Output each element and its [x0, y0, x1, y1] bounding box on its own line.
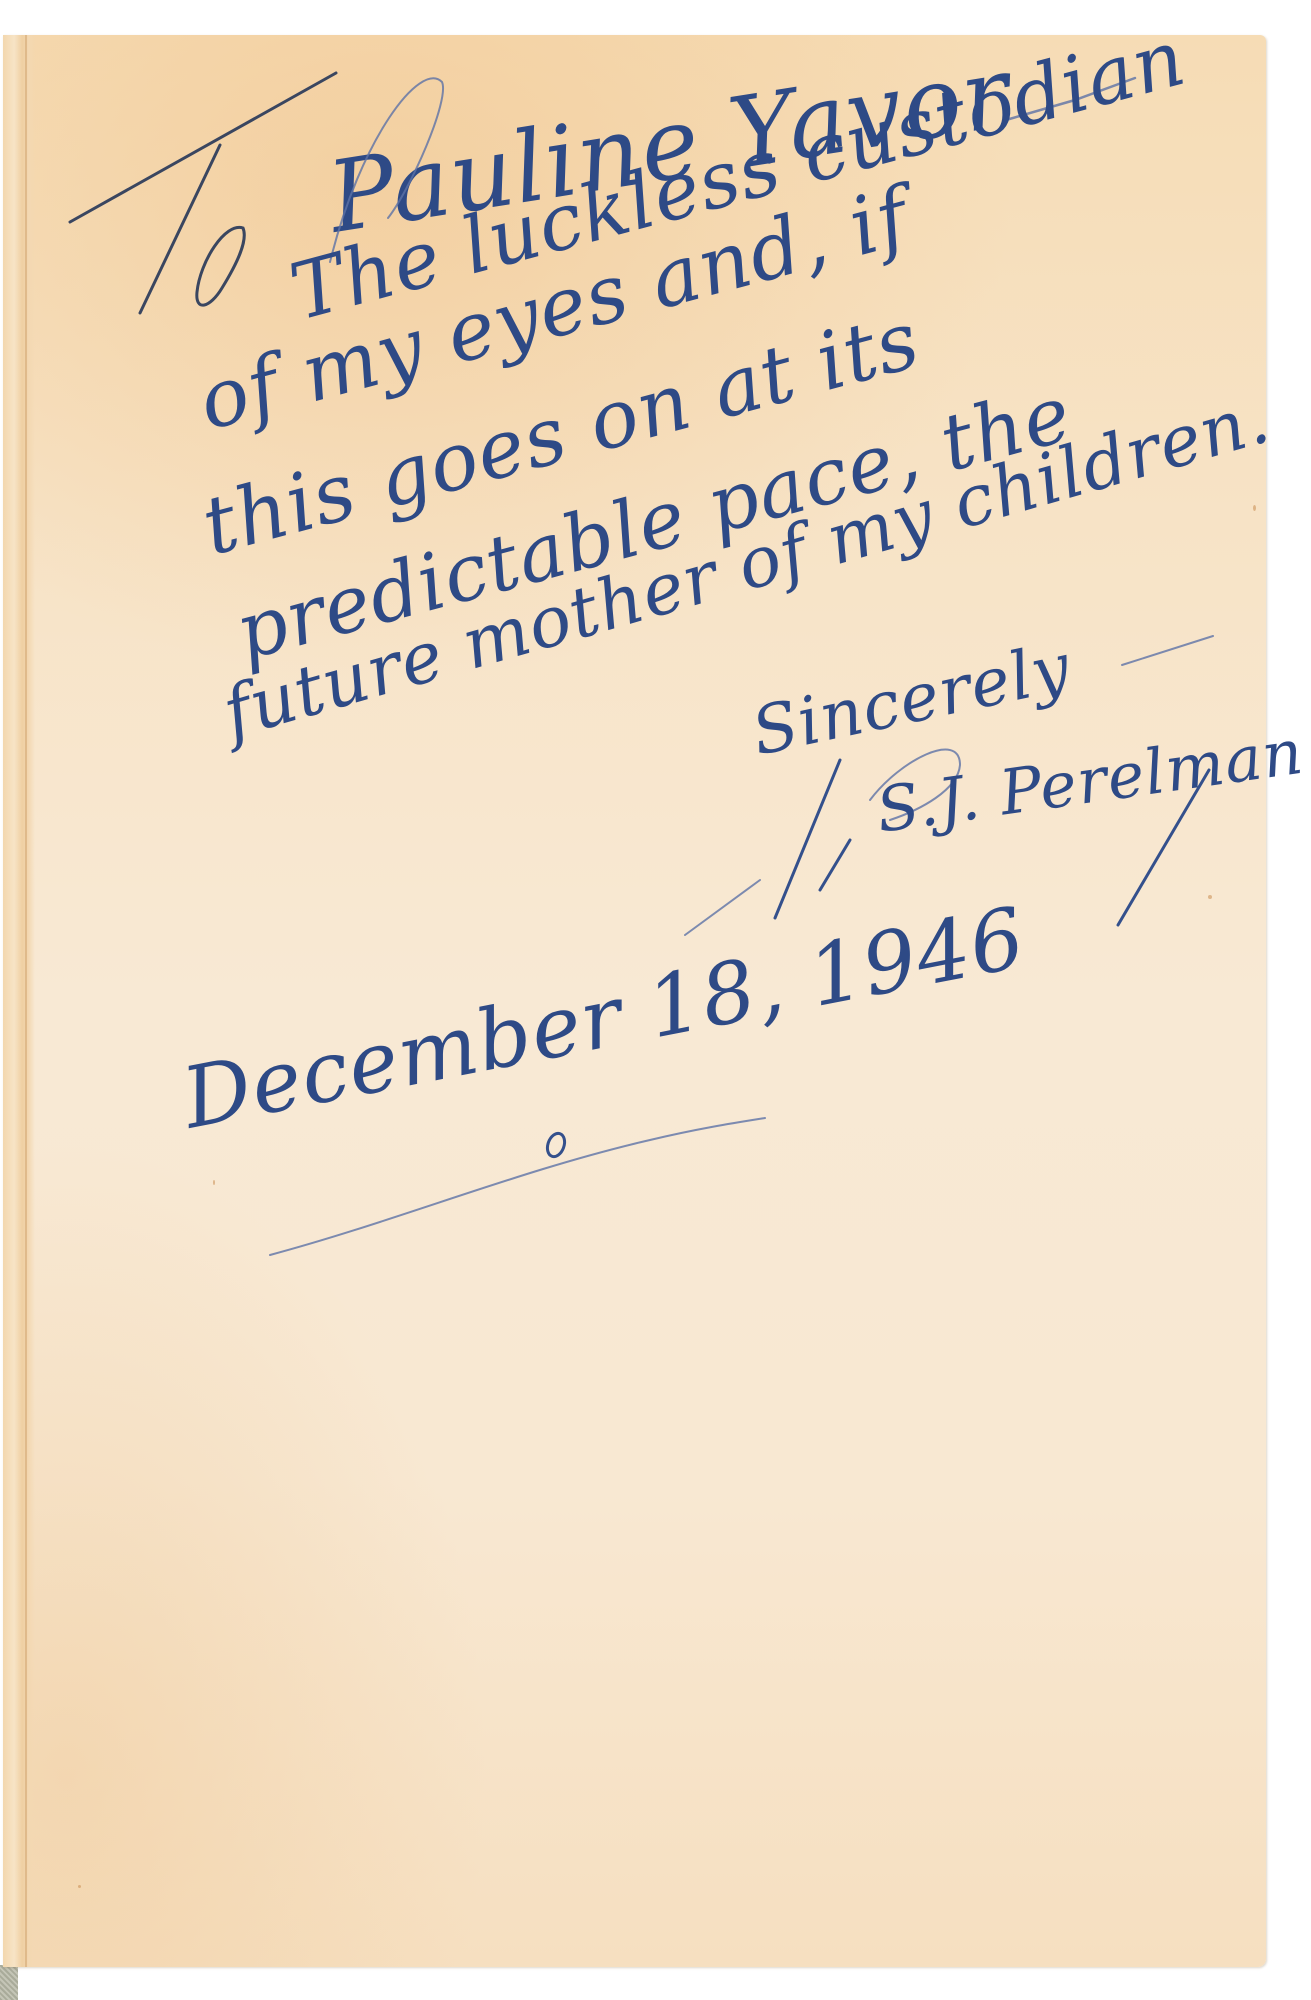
- signature-underline-flourish: [685, 880, 760, 935]
- signature-j-stroke: [820, 840, 850, 890]
- t-crossbar-stroke: [70, 73, 336, 222]
- t-stem-stroke: [140, 145, 220, 313]
- o-stroke: [197, 227, 244, 305]
- date-underline-o-mark: [544, 1131, 567, 1159]
- inscription-date: December 18, 1946: [173, 888, 1033, 1148]
- closing-sincerely: Sincerely: [745, 628, 1077, 770]
- date-underline-flourish: [270, 1118, 765, 1255]
- signature-name: S.J. Perelman: [872, 715, 1308, 847]
- signature-s-stroke: [775, 760, 840, 918]
- closing-flourish-line: [1122, 636, 1213, 665]
- handwritten-inscription: Pauline Yavor The luckless custodian of …: [0, 0, 1311, 2000]
